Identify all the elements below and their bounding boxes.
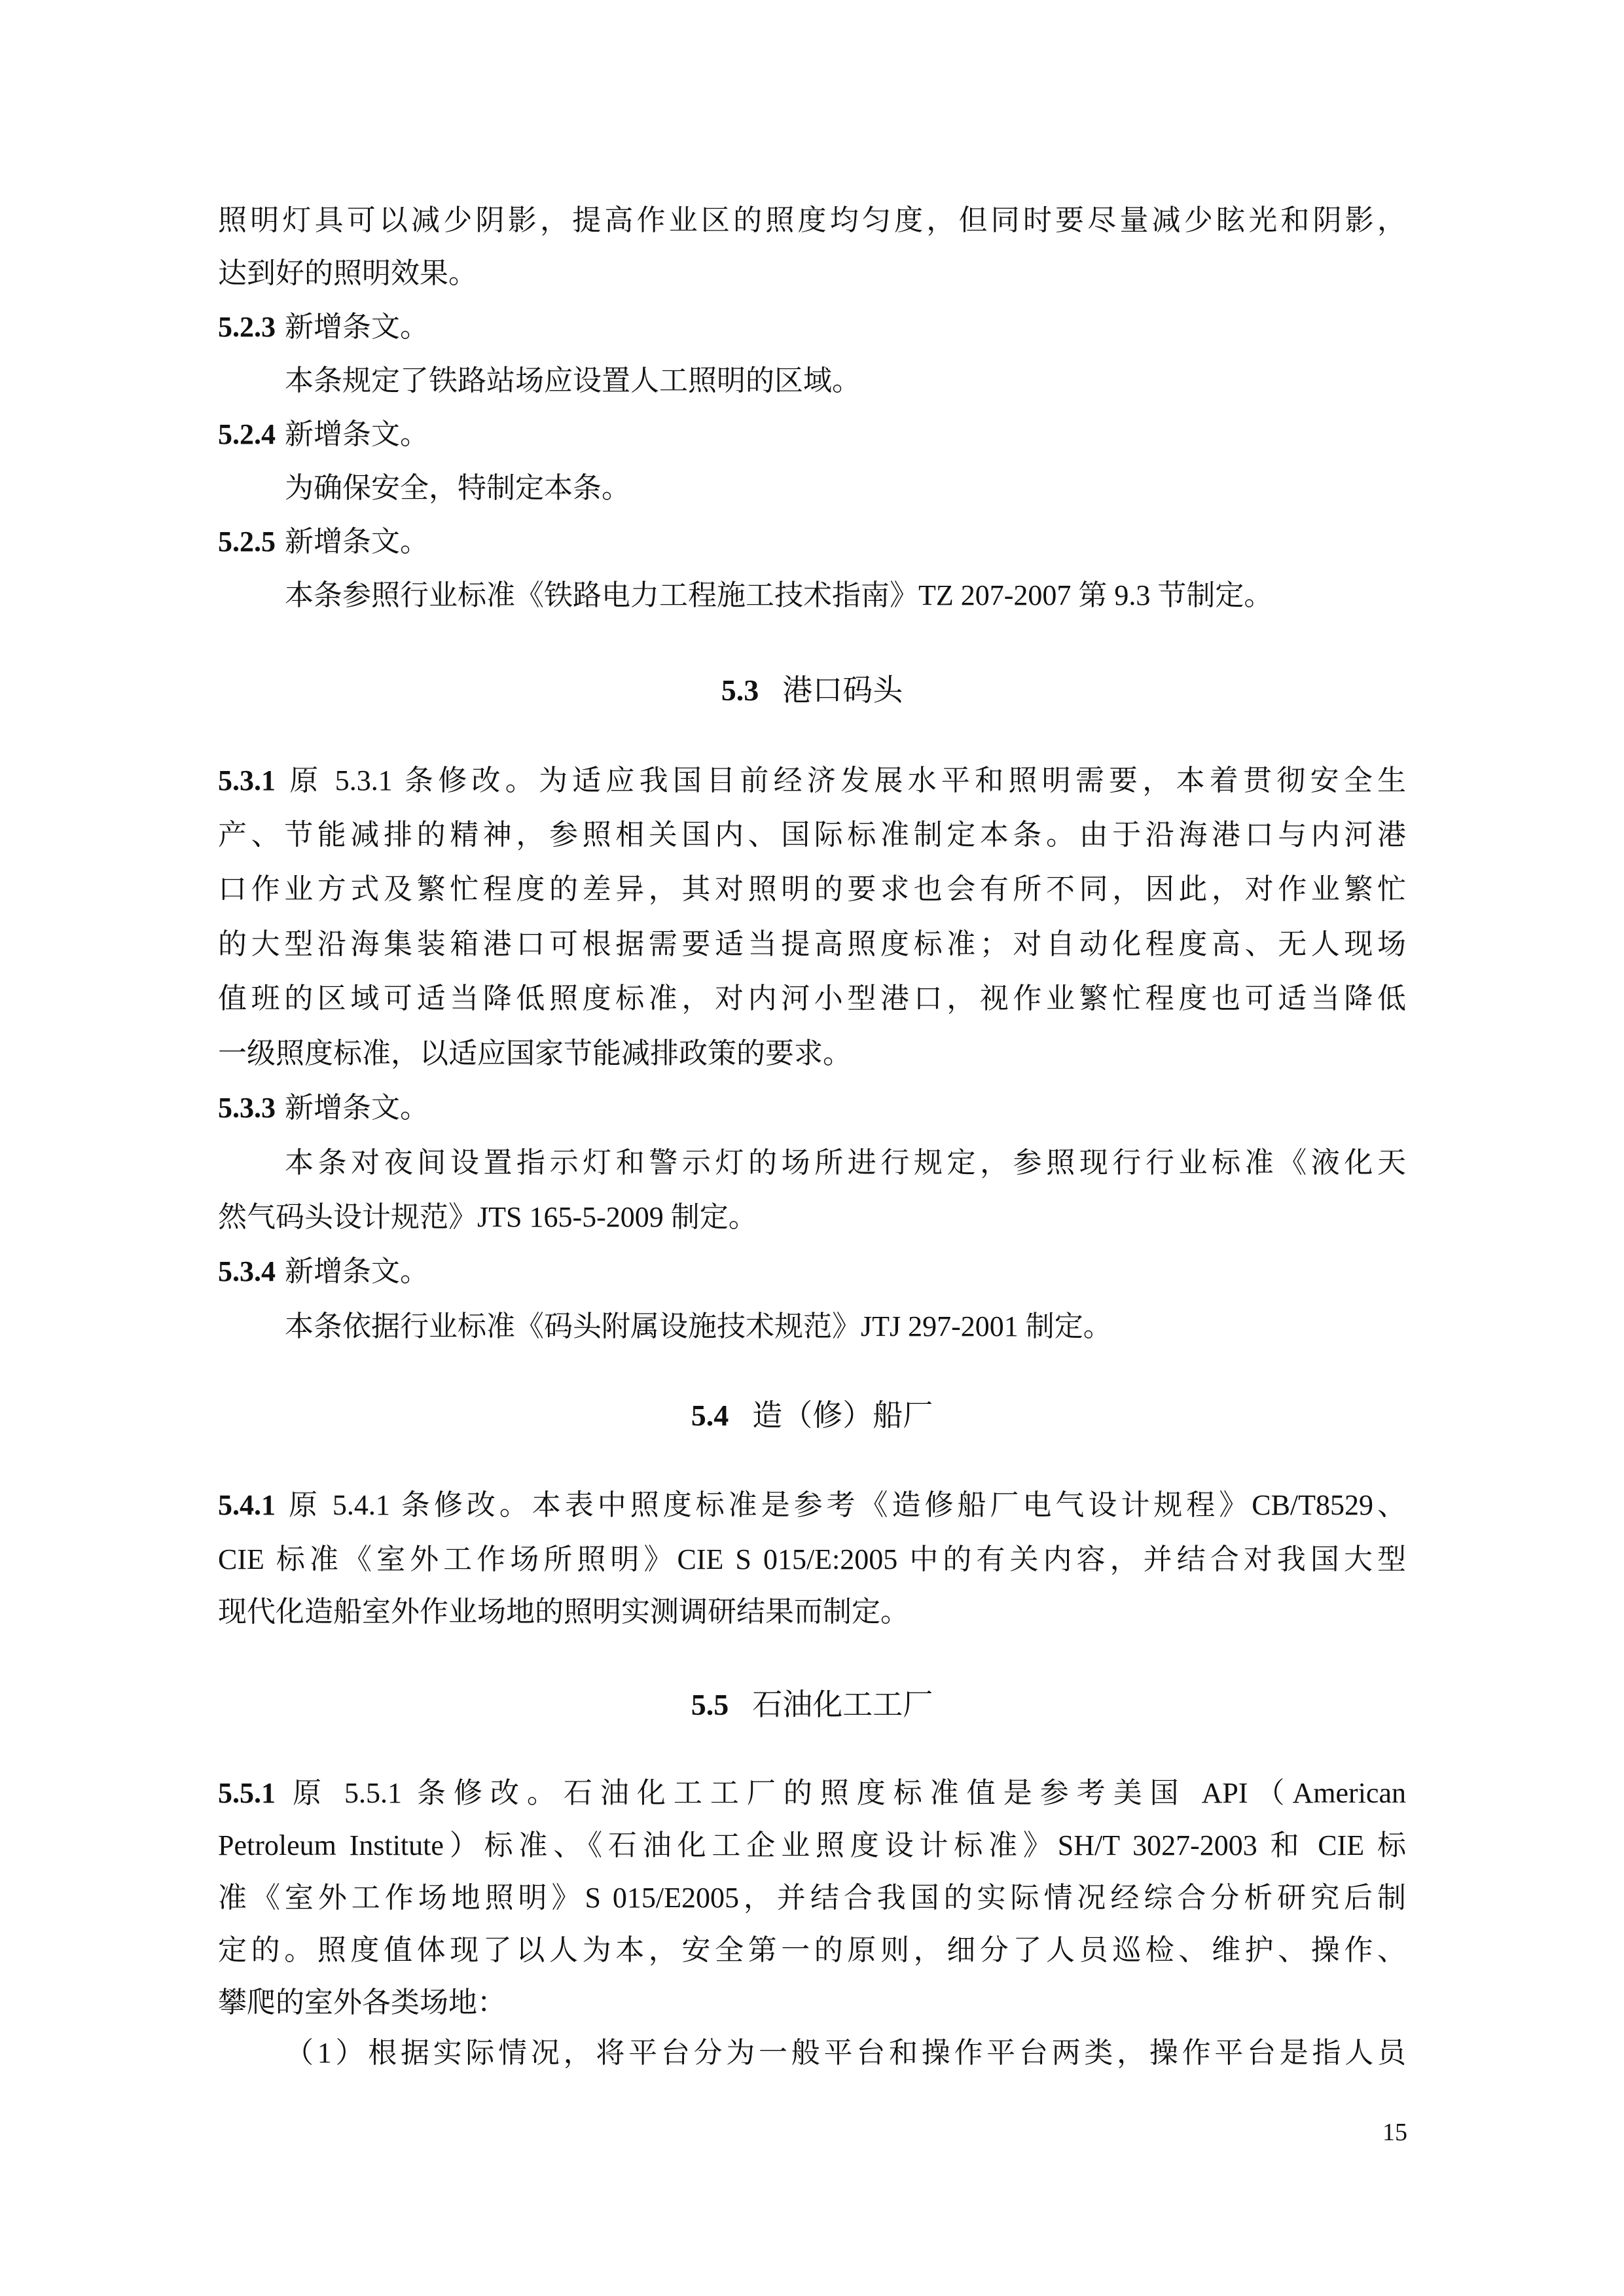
clause-number: 5.2.5 [218, 526, 276, 558]
clause-title: 新增条文。 [285, 418, 429, 450]
clause-body: 为确保安全，特制定本条。 [285, 469, 1406, 508]
clause-number: 5.3.3 [218, 1092, 276, 1124]
list-item: （1）根据实际情况，将平台分为一般平台和操作平台两类，操作平台是指人员 [285, 2034, 1406, 2073]
clause-body: 本条规定了铁路站场应设置人工照明的区域。 [285, 361, 1406, 401]
clause-5-2-5: 5.2.5新增条文。 [218, 522, 1406, 562]
section-heading-5-4: 5.4造（修）船厂 [0, 1396, 1624, 1435]
section-number: 5.4 [691, 1399, 729, 1432]
paragraph-line: 口作业方式及繁忙程度的差异，其对照明的要求也会有所不同，因此，对作业繁忙 [218, 870, 1406, 909]
section-title: 石油化工工厂 [752, 1688, 933, 1721]
clause-5-2-4: 5.2.4新增条文。 [218, 415, 1406, 454]
clause-number: 5.5.1 [218, 1777, 276, 1809]
clause-5-3-4: 5.3.4新增条文。 [218, 1252, 1406, 1291]
clause-5-3-1: 5.3.1原 5.3.1 条修改。为适应我国目前经济发展水平和照明需要，本着贯彻… [218, 761, 1406, 800]
section-heading-5-3: 5.3港口码头 [0, 671, 1624, 710]
section-title: 造（修）船厂 [752, 1399, 933, 1432]
clause-title: 新增条文。 [285, 311, 429, 343]
paragraph-line: 准《室外工作场地照明》S 015/E2005，并结合我国的实际情况经综合分析研究… [218, 1878, 1406, 1918]
clause-number: 5.2.4 [218, 418, 276, 450]
clause-number: 5.3.4 [218, 1255, 276, 1287]
paragraph-line: 照明灯具可以减少阴影，提高作业区的照度均匀度，但同时要尽量减少眩光和阴影， [218, 201, 1406, 240]
paragraph-text: 原 5.3.1 条修改。为适应我国目前经济发展水平和照明需要，本着贯彻安全生 [285, 764, 1406, 797]
clause-5-4-1: 5.4.1原 5.4.1 条修改。本表中照度标准是参考《造修船厂电气设计规程》C… [218, 1486, 1406, 1525]
clause-number: 5.2.3 [218, 311, 276, 343]
paragraph-line: 一级照度标准，以适应国家节能减排政策的要求。 [218, 1034, 1406, 1073]
paragraph-line: 现代化造船室外作业场地的照明实测调研结果而制定。 [218, 1592, 1406, 1632]
clause-body: 本条依据行业标准《码头附属设施技术规范》JTJ 297-2001 制定。 [285, 1307, 1406, 1346]
paragraph-line: Petroleum Institute）标准、《石油化工企业照度设计标准》SH/… [218, 1826, 1406, 1865]
clause-5-5-1: 5.5.1原 5.5.1 条修改。石油化工工厂的照度标准值是参考美国 API（A… [218, 1774, 1406, 1813]
paragraph-text: 原 5.4.1 条修改。本表中照度标准是参考《造修船厂电气设计规程》CB/T85… [285, 1489, 1406, 1521]
paragraph-line: 然气码头设计规范》JTS 165-5-2009 制定。 [218, 1198, 1406, 1237]
section-number: 5.5 [691, 1688, 729, 1721]
paragraph-line: CIE 标准《室外工作场所照明》CIE S 015/E:2005 中的有关内容，… [218, 1540, 1406, 1579]
paragraph-line: 本条对夜间设置指示灯和警示灯的场所进行规定，参照现行行业标准《液化天 [285, 1143, 1406, 1183]
paragraph-line: 值班的区域可适当降低照度标准，对内河小型港口，视作业繁忙程度也可适当降低 [218, 979, 1406, 1018]
clause-title: 新增条文。 [285, 526, 429, 558]
clause-body: 本条参照行业标准《铁路电力工程施工技术指南》TZ 207-2007 第 9.3 … [285, 576, 1406, 615]
clause-5-3-3: 5.3.3新增条文。 [218, 1088, 1406, 1128]
section-number: 5.3 [721, 673, 759, 707]
paragraph-line: 产、节能减排的精神，参照相关国内、国际标准制定本条。由于沿海港口与内河港 [218, 816, 1406, 855]
clause-number: 5.4.1 [218, 1489, 276, 1521]
clause-title: 新增条文。 [285, 1092, 429, 1124]
section-heading-5-5: 5.5石油化工工厂 [0, 1685, 1624, 1725]
paragraph-line: 达到好的照明效果。 [218, 254, 1406, 293]
clause-title: 新增条文。 [285, 1255, 429, 1287]
clause-5-2-3: 5.2.3新增条文。 [218, 308, 1406, 347]
page-number: 15 [1375, 2118, 1407, 2147]
clause-number: 5.3.1 [218, 764, 276, 797]
paragraph-text: 原 5.5.1 条修改。石油化工工厂的照度标准值是参考美国 API（Americ… [285, 1777, 1406, 1809]
section-title: 港口码头 [782, 673, 903, 707]
paragraph-line: 攀爬的室外各类场地： [218, 1983, 1406, 2022]
paragraph-line: 定的。照度值体现了以人为本，安全第一的原则，细分了人员巡检、维护、操作、 [218, 1931, 1406, 1970]
paragraph-line: 的大型沿海集装箱港口可根据需要适当提高照度标准；对自动化程度高、无人现场 [218, 925, 1406, 964]
